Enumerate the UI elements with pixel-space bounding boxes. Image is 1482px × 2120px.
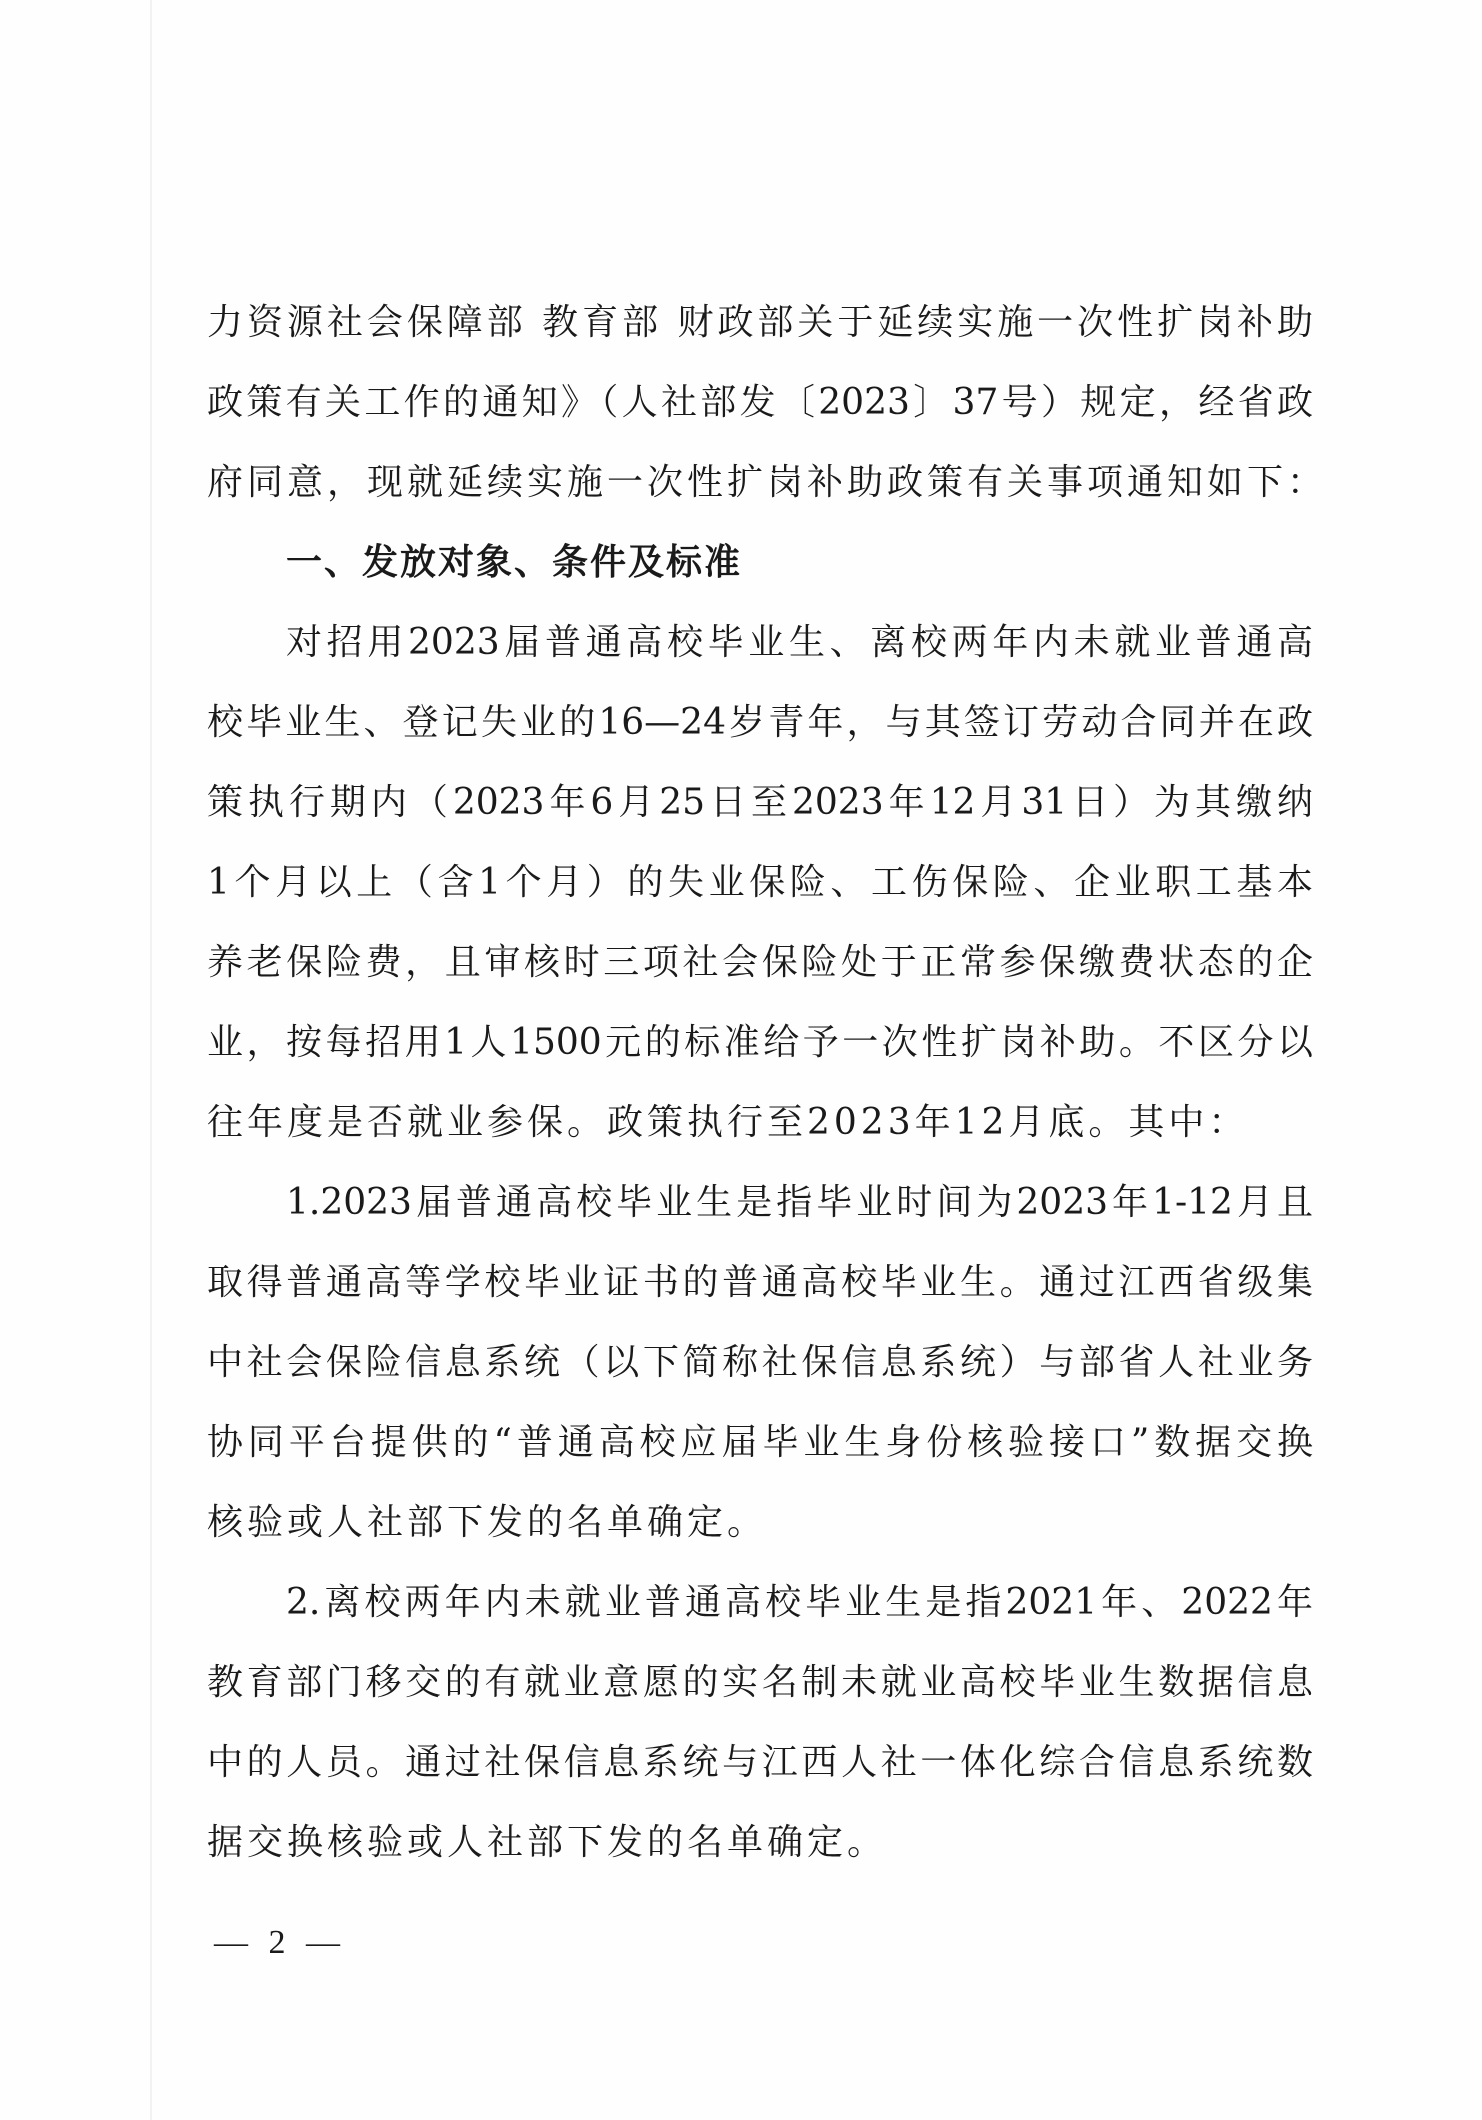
list-item-2-start: 2.离校两年内未就业普通高校毕业生是指2021年、2022年 <box>286 1579 1313 1627</box>
list-item-1-line: 协同平台提供的“普通高校应届毕业生身份核验接口”数据交换 <box>207 1419 1313 1467</box>
paragraph-line-end: 府同意，现就延续实施一次性扩岗补助政策有关事项通知如下： <box>207 459 1313 507</box>
list-item-1-end: 核验或人社部下发的名单确定。 <box>207 1499 1313 1547</box>
document-page: 力资源社会保障部 教育部 财政部关于延续实施一次性扩岗补助 政策有关工作的通知》… <box>0 0 1482 2120</box>
list-item-1-line: 中社会保险信息系统（以下简称社保信息系统）与部省人社业务 <box>207 1339 1313 1387</box>
paragraph-line-continuation: 力资源社会保障部 教育部 财政部关于延续实施一次性扩岗补助 <box>207 299 1313 347</box>
paragraph-line: 1个月以上（含1个月）的失业保险、工伤保险、企业职工基本 <box>207 859 1313 907</box>
list-item-2-line: 教育部门移交的有就业意愿的实名制未就业高校毕业生数据信息 <box>207 1659 1313 1707</box>
section-heading-1: 一、发放对象、条件及标准 <box>286 539 1313 587</box>
paragraph-line: 策执行期内（2023年6月25日至2023年12月31日）为其缴纳 <box>207 779 1313 827</box>
paragraph-line-start: 对招用2023届普通高校毕业生、离校两年内未就业普通高 <box>286 619 1313 667</box>
page-number: — 2 — <box>214 1920 346 1966</box>
paragraph-line-end: 往年度是否就业参保。政策执行至2023年12月底。其中： <box>207 1099 1313 1147</box>
list-item-2-end: 据交换核验或人社部下发的名单确定。 <box>207 1819 1313 1867</box>
list-item-2-line: 中的人员。通过社保信息系统与江西人社一体化综合信息系统数 <box>207 1739 1313 1787</box>
paragraph-line: 校毕业生、登记失业的16—24岁青年，与其签订劳动合同并在政 <box>207 699 1313 747</box>
paragraph-line: 业，按每招用1人1500元的标准给予一次性扩岗补助。不区分以 <box>207 1019 1313 1067</box>
paragraph-line: 养老保险费，且审核时三项社会保险处于正常参保缴费状态的企 <box>207 939 1313 987</box>
list-item-1-start: 1.2023届普通高校毕业生是指毕业时间为2023年1-12月且 <box>286 1179 1313 1227</box>
scan-shadow-left <box>150 0 152 2120</box>
list-item-1-line: 取得普通高等学校毕业证书的普通高校毕业生。通过江西省级集 <box>207 1259 1313 1307</box>
paragraph-line-continuation: 政策有关工作的通知》（人社部发〔2023〕37号）规定，经省政 <box>207 379 1313 427</box>
